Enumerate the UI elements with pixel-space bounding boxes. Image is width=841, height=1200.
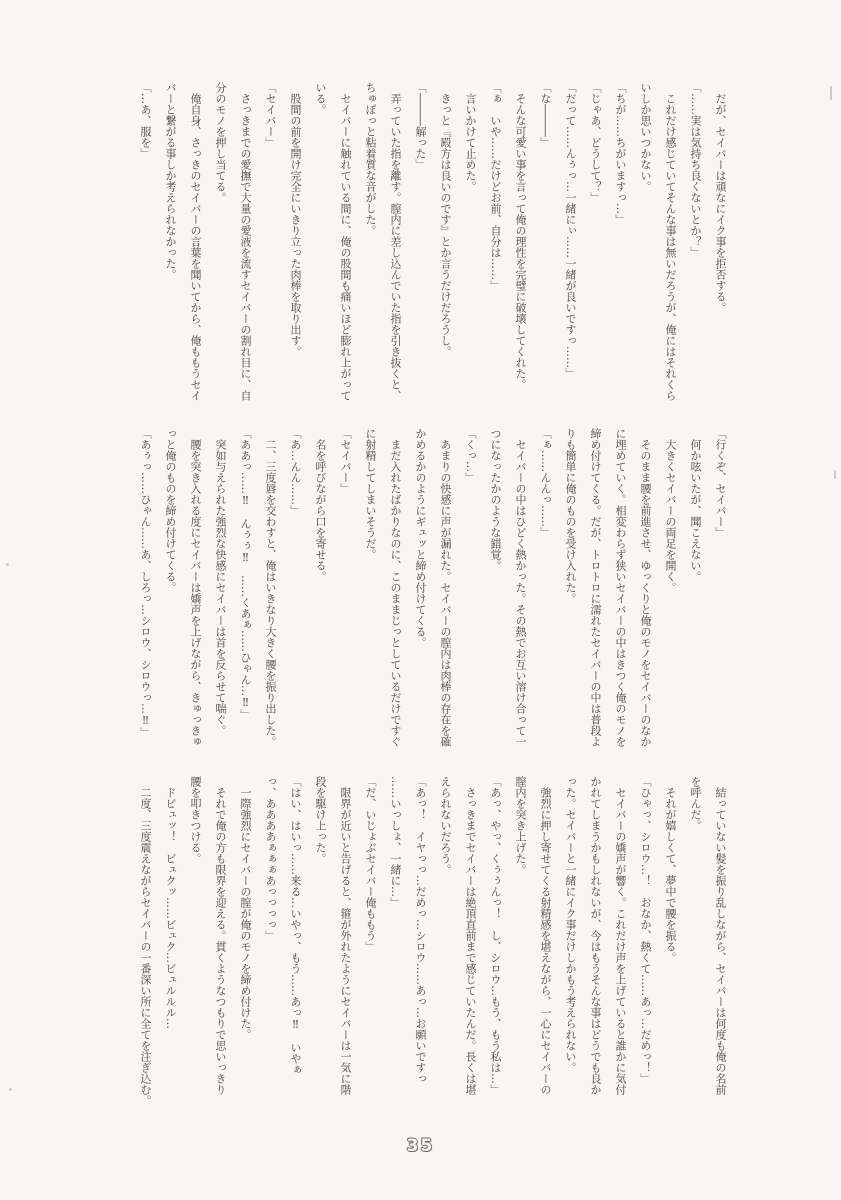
paragraph: これだけ感じていてそんな事は無いだろうが、俺にはそれくら いしか思いつかない。 [633, 82, 683, 418]
paragraph: 「ああっ……‼ んぅぅ‼ ……くあぁ……ひゃん…‼」 [233, 428, 258, 764]
paragraph: 言いかけて止めた。 [458, 82, 483, 418]
paragraph: 弄っていた指を離す。膣内に差し込んでいた指を引き抜くと、 ちゅぽっと粘着質な音が… [358, 82, 408, 418]
paragraph: さっきまでセイバーは絶頂直前まで感じていたんだ。長くは堪 えられないだろう。 [433, 776, 483, 1112]
paragraph: そのまま腰を前進させ、ゆっくりと俺のモノをセイバーのなか に埋めていく。相変わら… [558, 428, 658, 764]
paragraph: 「あっ、やっ、くぅぅんっ！ し、シロウ…もう、もう私は…」 [483, 776, 508, 1112]
paragraph: 「あっ！ イヤっっ…だめっ…シロウ……あっ…お願いですっ ……いっしょ、一緒に…… [383, 776, 433, 1112]
paragraph: 「あぅっ……ひゃん……あ、しろっ…シロウ、シロウっ…‼」 [133, 428, 158, 764]
paragraph: 強烈に押し寄せてくる射精感を堪えながら、一心にセイバーの 膣内を突き上げた。 [508, 776, 558, 1112]
paragraph: セイバーの中はひどく熱かった。その熱でお互い溶け合って一 つになったかのような錯… [483, 428, 533, 764]
paragraph: 「行くぞ、セイバー」 [708, 428, 733, 764]
paragraph: 何か呟いたが、聞こえない。 [683, 428, 708, 764]
paragraph: きっと『殿方は良いのです』とか言うだけだろうし。 [433, 82, 458, 418]
paragraph: 二、三度唇を交わすと、俺はいきなり大きく腰を振り出した。 [258, 428, 283, 764]
paragraph: 名を呼びながら口を寄せる。 [308, 428, 333, 764]
text-band-bottom: 結っていない髪を振り乱しながら、セイバーは何度も俺の名前 を呼んだ。それが嬉しく… [133, 776, 733, 1112]
paragraph: それが嬉しくて、夢中で腰を振る。 [658, 776, 683, 1112]
paragraph: あまりの快感に声が漏れた。セイバーの膣内は肉棒の存在を確 かめるかのようにギュッ… [408, 428, 458, 764]
paragraph: 「くっ…」 [458, 428, 483, 764]
paragraph: だが、セイバーは頑なにイク事を拒否する。 [708, 82, 733, 418]
paragraph: 「だって……んぅっ…一緒にぃ……一緒が良いですっ……」 [558, 82, 583, 418]
paragraph: 腰を突き入れる度にセイバーは嬌声を上げながら、きゅっきゅ っと俺のものを締め付け… [158, 428, 208, 764]
text-band-top: だが、セイバーは頑なにイク事を拒否する。「……実は気持ち良くないとか？」これだけ… [133, 82, 733, 418]
scan-artifact [6, 563, 9, 566]
paragraph: 「…あ、服を」 [133, 82, 158, 418]
paragraph: ドビュッ！ ビュクッ……ビュク…ビュルルル… [158, 776, 183, 1112]
paragraph: 「はい、はいっ……来る…いやっ、もう……あっ‼ いやぁ っ、ああああぁぁぁあっっ… [258, 776, 308, 1112]
paragraph: さっきまでの愛撫で大量の愛液を流すセイバーの割れ目に、自 分のモノを押し当てる。 [208, 82, 258, 418]
paragraph: セイバーの嬌声が響く。これだけ声を上げていると誰かに気付 かれてしまうかもしれな… [558, 776, 633, 1112]
paragraph: 突如与えられた強烈な快感にセイバーは首を反らせて喘ぐ。 [208, 428, 233, 764]
scan-artifact [9, 1088, 12, 1091]
paragraph: それで俺の方も限界を迎える。貫くようなつもりで思いっきり 腰を叩きつける。 [183, 776, 233, 1112]
paragraph: 「セイバー」 [333, 428, 358, 764]
text-band-middle: 「行くぞ、セイバー」何か呟いたが、聞こえない。大きくセイバーの両足を開く。そのま… [133, 428, 733, 764]
paragraph: 「―――解った」 [408, 82, 433, 418]
paragraph: 大きくセイバーの両足を開く。 [658, 428, 683, 764]
scan-artifact [834, 470, 836, 479]
paragraph: 二度、三度震えながらセイバーの一番深い所に全てを注ぎ込む。 [133, 776, 158, 1112]
paragraph: そんな可愛い事を言って俺の理性を完璧に破壊してくれた。 [508, 82, 533, 418]
paragraph: 「セイバー」 [258, 82, 283, 418]
paragraph: まだ入れたばかりなのに、このままじっとしているだけですぐ に射精してしまいそうだ… [358, 428, 408, 764]
paragraph: 限界が近いと告げると、箍が外れたようにセイバーは一気に階 段を駆け上った。 [308, 776, 358, 1112]
paragraph: 「な―――」 [533, 82, 558, 418]
paragraph: 結っていない髪を振り乱しながら、セイバーは何度も俺の名前 を呼んだ。 [683, 776, 733, 1112]
paragraph: 「ひゃっ、シロウ…！ おなか、熱くて……あっ…だめっ！」 [633, 776, 658, 1112]
scan-artifact [830, 86, 832, 100]
paragraph: 俺自身、さっきのセイバーの言葉を聞いてから、俺ももうセイ バーと繋がる事しか考え… [158, 82, 208, 418]
paragraph: 「じゃあ、どうして？」 [583, 82, 608, 418]
paragraph: 「あ…んん……」 [283, 428, 308, 764]
paragraph: 「ちが……ちがいますっ…」 [608, 82, 633, 418]
paragraph: 「だ、いじょぶセイバー俺ももう」 [358, 776, 383, 1112]
paragraph: 「……実は気持ち良くないとか？」 [683, 82, 708, 418]
paragraph: 「ぁ いや……だけどお前、自分は……」 [483, 82, 508, 418]
paragraph: 「ぁ……んんっ……」 [533, 428, 558, 764]
page-number: 35 [0, 1136, 841, 1156]
paragraph: 一際強烈にセイバーの膣が俺のモノを締め付けた。 [233, 776, 258, 1112]
scanned-page: だが、セイバーは頑なにイク事を拒否する。「……実は気持ち良くないとか？」これだけ… [0, 0, 841, 1200]
paragraph: 股間の前を開け完全にいきり立った肉棒を取り出す。 [283, 82, 308, 418]
paragraph: セイバーに触れている間に、俺の股間も痛いほど膨れ上がって いる。 [308, 82, 358, 418]
